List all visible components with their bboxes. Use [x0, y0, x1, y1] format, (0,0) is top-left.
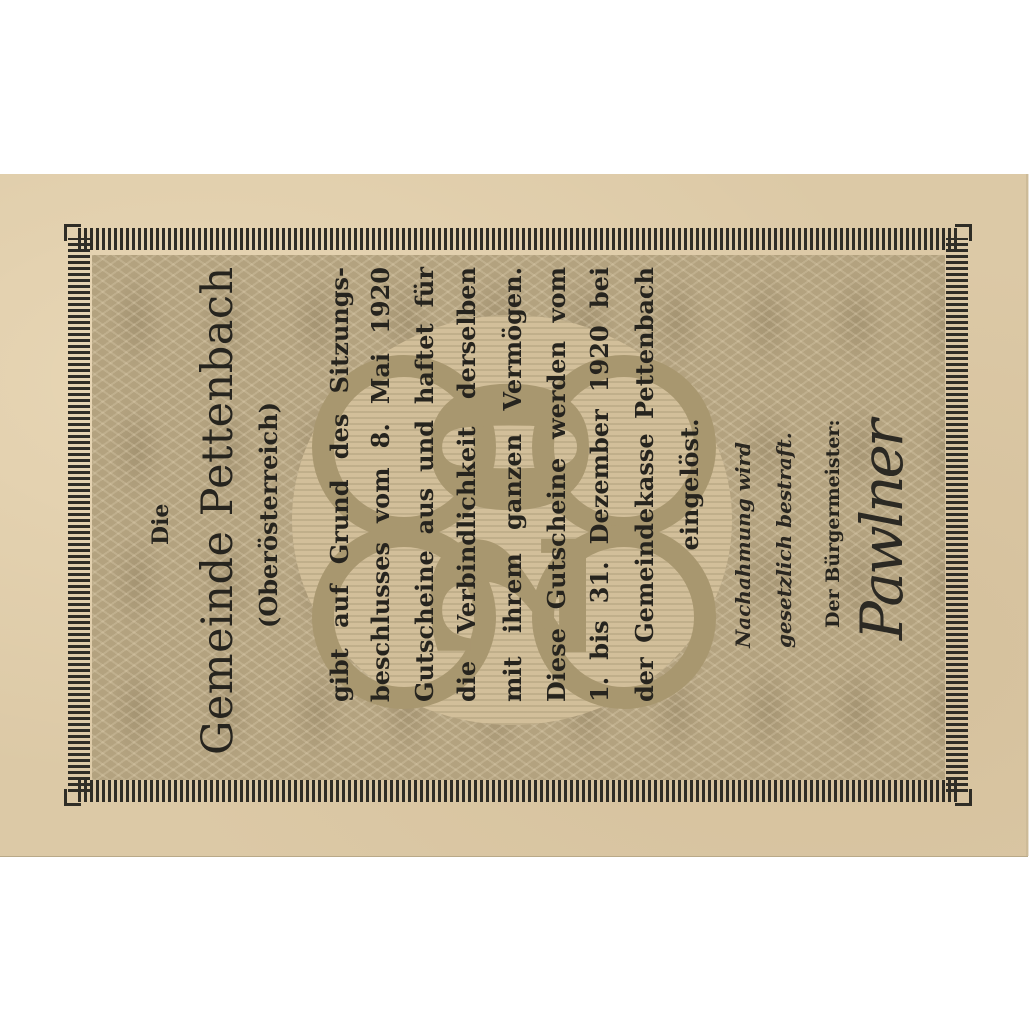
body-line: beschlusses vom 8. Mai 1920: [367, 267, 395, 702]
body-line: 1. bis 31. Dezember 1920 bei: [586, 267, 614, 702]
body-line: der Gemeindekasse Pettenbach: [631, 267, 659, 702]
region-subtitle: (Oberösterreich): [254, 402, 283, 628]
body-line: eingelöst.: [676, 267, 704, 702]
border-left: [68, 238, 90, 792]
warning-line-2: gesetzlich bestraft.: [772, 432, 796, 648]
body-line: Diese Gutscheine werden vom: [543, 267, 571, 702]
body-line: Gutscheine aus und haftet für: [411, 267, 439, 702]
body-line: gibt auf Grund des Sitzungs-: [326, 267, 354, 702]
corner-ornament: [64, 789, 81, 806]
border-right: [946, 238, 968, 792]
warning-line-1: Nachahmung wird: [731, 442, 755, 648]
mayor-signature: Pawlner: [848, 422, 916, 640]
corner-ornament: [955, 224, 972, 241]
body-line: mit ihrem ganzen Vermögen.: [499, 267, 527, 702]
body-line: die Verbindlichkeit derselben: [453, 267, 481, 702]
municipality-title: Gemeinde Pettenbach: [193, 266, 243, 755]
signatory-label: Der Bürgermeister:: [822, 420, 844, 628]
corner-ornament: [64, 224, 81, 241]
corner-ornament: [955, 789, 972, 806]
border-top: [78, 228, 958, 250]
border-bottom: [78, 780, 958, 802]
heading-die: Die: [148, 504, 174, 545]
